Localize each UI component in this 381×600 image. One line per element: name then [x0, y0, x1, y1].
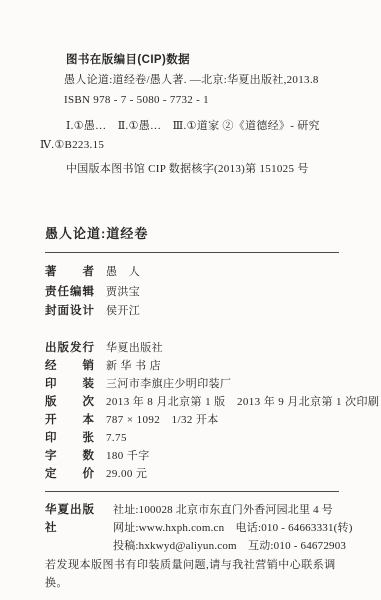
publication-row-distributor: 经 销 新 华 书 店	[45, 357, 345, 375]
publisher-address: 社址:100028 北京市东直门外香河园北里 4 号	[113, 501, 353, 519]
publication-row-edition: 版 次 2013 年 8 月北京第 1 版 2013 年 9 月北京第 1 次印…	[45, 393, 345, 411]
publication-value: 新 华 书 店	[106, 357, 161, 375]
publisher-name: 华夏出版社	[45, 501, 105, 555]
publication-value: 787 × 1092 1/32 开本	[106, 411, 219, 429]
title-section: 愚人论道:道经卷	[45, 225, 339, 253]
isbn-line: ISBN 978 - 7 - 5080 - 7732 - 1	[40, 90, 345, 110]
credits-list: 著 者 愚 人 责任编辑 贾洪宝 封面设计 侯开江	[45, 263, 345, 322]
credit-row-editor: 责任编辑 贾洪宝	[45, 283, 345, 303]
publication-label: 开 本	[45, 411, 95, 429]
publication-row-wordcount: 字 数 180 千字	[45, 447, 345, 465]
publisher-contact-block: 华夏出版社 社址:100028 北京市东直门外香河园北里 4 号 网址:www.…	[45, 501, 345, 555]
publication-label: 印 张	[45, 429, 95, 447]
cip-header: 图书在版编目(CIP)数据	[40, 50, 345, 70]
book-title: 愚人论道:道经卷	[45, 225, 339, 243]
credit-row-cover-designer: 封面设计 侯开江	[45, 302, 345, 322]
publication-row-format: 开 本 787 × 1092 1/32 开本	[45, 411, 345, 429]
cip-record-number: 中国版本图书馆 CIP 数据核字(2013)第 151025 号	[40, 160, 345, 179]
classification-line-1: Ⅰ.①愚… Ⅱ.①愚… Ⅲ.①道家 ②《道德经》- 研究	[40, 117, 345, 136]
credit-label: 著 者	[45, 263, 95, 283]
publication-label: 出版发行	[45, 339, 95, 357]
credit-value: 贾洪宝	[106, 283, 140, 303]
credit-value: 侯开江	[106, 302, 140, 322]
publication-value: 7.75	[106, 429, 127, 447]
credit-label: 责任编辑	[45, 283, 95, 303]
divider-rule	[45, 491, 339, 492]
publication-value: 三河市李旗庄少明印装厂	[106, 375, 231, 393]
publication-label: 版 次	[45, 393, 95, 411]
quality-notice: 若发现本版图书有印装质量问题,请与我社营销中心联系调换。	[45, 556, 345, 592]
publication-list: 出版发行 华夏出版社 经 销 新 华 书 店 印 装 三河市李旗庄少明印装厂 版…	[45, 339, 345, 483]
publication-label: 定 价	[45, 465, 95, 483]
publication-label: 字 数	[45, 447, 95, 465]
publication-row-price: 定 价 29.00 元	[45, 465, 345, 483]
publication-row-printer: 印 装 三河市李旗庄少明印装厂	[45, 375, 345, 393]
credit-label: 封面设计	[45, 302, 95, 322]
cip-block: 图书在版编目(CIP)数据 愚人论道:道经卷/愚人著. —北京:华夏出版社,20…	[40, 50, 345, 179]
publisher-website-phone: 网址:www.hxph.com.cn 电话:010 - 64663331(转)	[113, 519, 353, 537]
credit-row-author: 著 者 愚 人	[45, 263, 345, 283]
publication-value: 华夏出版社	[106, 339, 163, 357]
classification-line-2: Ⅳ.①B223.15	[40, 136, 345, 155]
publisher-info: 社址:100028 北京市东直门外香河园北里 4 号 网址:www.hxph.c…	[113, 501, 353, 555]
publication-value: 29.00 元	[106, 465, 147, 483]
publisher-contact: 投稿:hxkwyd@aliyun.com 互动:010 - 64672903	[113, 537, 353, 555]
publication-row-publisher: 出版发行 华夏出版社	[45, 339, 345, 357]
cip-bibliographic-line: 愚人论道:道经卷/愚人著. —北京:华夏出版社,2013.8	[40, 70, 345, 90]
copyright-page: 图书在版编目(CIP)数据 愚人论道:道经卷/愚人著. —北京:华夏出版社,20…	[0, 0, 381, 600]
publication-label: 经 销	[45, 357, 95, 375]
publication-label: 印 装	[45, 375, 95, 393]
publication-value: 180 千字	[106, 447, 150, 465]
publication-row-sheets: 印 张 7.75	[45, 429, 345, 447]
publication-value: 2013 年 8 月北京第 1 版 2013 年 9 月北京第 1 次印刷	[106, 393, 379, 411]
credit-value: 愚 人	[106, 263, 140, 283]
